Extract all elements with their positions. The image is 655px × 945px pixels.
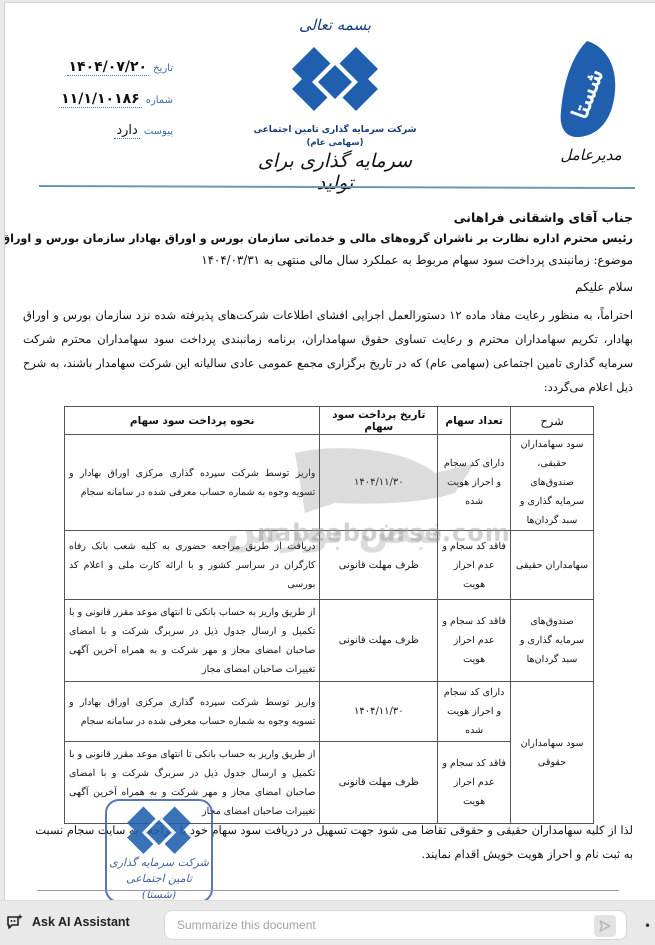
table-row: سود سهامداران حقوقی دارای کد سجام و احرا… — [65, 682, 594, 742]
table-row: سود سهامداران حقیقی، صندوق‌های سرمایه گذ… — [65, 435, 594, 531]
letter-subject: موضوع: زمانبندی پرداخت سود سهام مربوط به… — [33, 249, 633, 271]
cell-payment-method: واریز توسط شرکت سپرده گذاری مرکزی اوراق … — [65, 435, 320, 531]
dividend-schedule-table: شرح تعداد سهام تاریخ پرداخت سود سهام نحو… — [64, 406, 594, 824]
bismillah: بسمه تعالی — [250, 7, 420, 43]
header-payment-date: تاریخ پرداخت سود سهام — [320, 407, 438, 435]
cell-description: سود سهامداران حقیقی، صندوق‌های سرمایه گذ… — [511, 435, 594, 531]
document-page: تاریخ ۱۴۰۴/۰۷/۲۰ شماره ۱۱/۱/۱۰۱۸۶ پیوست … — [4, 2, 655, 900]
cell-payment-date: ۱۴۰۴/۱۱/۳۰ — [320, 682, 438, 742]
cell-description: سود سهامداران حقوقی — [511, 682, 594, 824]
ceo-label: مدیرعامل — [560, 146, 622, 164]
ai-prompt-input[interactable] — [164, 910, 627, 940]
send-icon — [599, 920, 611, 932]
cell-payment-method: از طریق واریز به حساب بانکی تا انتهای مو… — [65, 600, 320, 682]
header-description: شرح — [511, 407, 594, 435]
date-value: ۱۴۰۴/۰۷/۲۰ — [67, 59, 150, 76]
footer-divider — [37, 890, 619, 891]
company-stamp: شرکت سرمایه گذاری تامین اجتماعی (شستا) — [105, 799, 213, 900]
cell-shares: فاقد کد سجام و عدم احراز هویت — [438, 531, 511, 600]
company-letterhead: بسمه تعالی شرکت سرمایه گذاری تامین اجتما… — [250, 7, 420, 177]
header-payment-method: نحوه پرداخت سود سهام — [65, 407, 320, 435]
header-shares: تعداد سهام — [438, 407, 511, 435]
cell-payment-date: ظرف مهلت قانونی — [320, 742, 438, 824]
greeting: سلام علیکم — [575, 280, 633, 294]
cell-description: سهامداران حقیقی — [511, 531, 594, 600]
company-name: شرکت سرمایه گذاری تامین اجتماعی — [250, 125, 420, 135]
more-options-icon[interactable]: • — [644, 919, 651, 933]
date-row: تاریخ ۱۴۰۴/۰۷/۲۰ — [23, 59, 173, 91]
cell-description: صندوق‌های سرمایه گذاری و سبد گردان‌ها — [511, 600, 594, 682]
attachment-row: پیوست دارد — [23, 123, 173, 155]
date-label: تاریخ — [153, 63, 173, 74]
ai-assistant-bar: Ask AI Assistant • — [0, 900, 655, 945]
cell-shares: فاقد کد سجام و عدم احراز هویت — [438, 600, 511, 682]
ask-ai-button[interactable]: Ask AI Assistant — [6, 913, 130, 931]
cell-payment-method: واریز توسط شرکت سپرده گذاری مرکزی اوراق … — [65, 682, 320, 742]
cell-payment-date: ۱۴۰۴/۱۱/۳۰ — [320, 435, 438, 531]
number-value: ۱۱/۱/۱۰۱۸۶ — [59, 91, 142, 108]
cell-payment-date: ظرف مهلت قانونی — [320, 600, 438, 682]
send-button[interactable] — [594, 915, 616, 937]
ai-chat-sparkle-icon — [6, 913, 24, 931]
company-type: (سهامی عام) — [250, 138, 420, 148]
company-diamond-logo-icon — [290, 45, 380, 115]
cell-shares: دارای کد سجام و احراز هویت شده — [438, 435, 511, 531]
cell-payment-method: دریافت از طریق مراجعه حضوری به کلیه شعب … — [65, 531, 320, 600]
cell-payment-date: ظرف مهلت قانونی — [320, 531, 438, 600]
addressee-title: رئیس محترم اداره نظارت بر ناشران گروه‌ها… — [33, 228, 633, 249]
table-header-row: شرح تعداد سهام تاریخ پرداخت سود سهام نحو… — [65, 407, 594, 435]
ask-ai-label: Ask AI Assistant — [32, 915, 130, 929]
letter-meta: تاریخ ۱۴۰۴/۰۷/۲۰ شماره ۱۱/۱/۱۰۱۸۶ پیوست … — [23, 59, 173, 155]
cell-shares: فاقد کد سجام و عدم احراز هویت — [438, 742, 511, 824]
number-row: شماره ۱۱/۱/۱۰۱۸۶ — [23, 91, 173, 123]
table-row: صندوق‌های سرمایه گذاری و سبد گردان‌ها فا… — [65, 600, 594, 682]
stamp-text: شرکت سرمایه گذاری تامین اجتماعی (شستا) — [109, 855, 209, 900]
table-row: سهامداران حقیقی فاقد کد سجام و عدم احراز… — [65, 531, 594, 600]
addressee-block: جناب آقای واشقانی فراهانی رئیس محترم ادا… — [33, 207, 633, 271]
stamp-diamond-logo-icon — [125, 805, 193, 857]
attachment-label: پیوست — [144, 126, 173, 137]
attachment-value: دارد — [114, 123, 139, 139]
cell-shares: دارای کد سجام و احراز هویت شده — [438, 682, 511, 742]
number-label: شماره — [146, 95, 173, 106]
shasta-brand-logo-icon: شستا — [557, 39, 619, 139]
addressee-name: جناب آقای واشقانی فراهانی — [33, 207, 633, 228]
stamp-line-1: شرکت سرمایه گذاری تامین اجتماعی — [109, 855, 209, 887]
letter-body: احتراماً، به منظور رعایت مفاد ماده ۱۲ دس… — [23, 303, 633, 399]
stamp-line-2: (شستا) — [109, 887, 209, 900]
